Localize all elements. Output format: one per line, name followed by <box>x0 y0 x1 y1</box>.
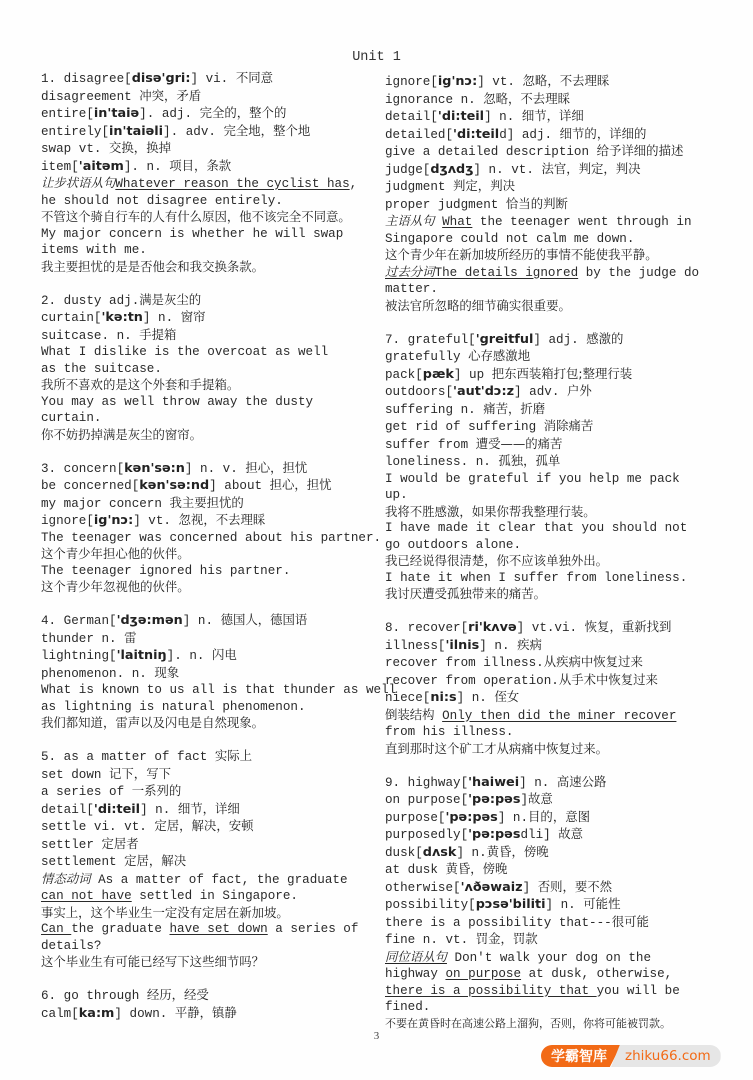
example-translation: 事实上，这个毕业生一定没有定居在新加坡。 <box>41 905 363 922</box>
vocab-line: 2. dusty adj.满是灰尘的 <box>41 292 363 310</box>
vocab-line: phenomenon. n. 现象 <box>41 665 363 683</box>
vocab-line: suffering n. 痛苦，折磨 <box>385 401 705 419</box>
left-column: 1. disagree[disə'gri:] vi. 不同意 disagreem… <box>41 70 363 1022</box>
vocab-line: gratefully 心存感激地 <box>385 348 705 366</box>
entry-6-go-through: 6. go through 经历，经受 calm[ka:m] down. 平静，… <box>41 987 363 1022</box>
vocab-line: settlement 定居，解决 <box>41 853 363 871</box>
spacer <box>385 757 705 774</box>
spacer <box>41 971 363 988</box>
spacer <box>385 314 705 331</box>
vocab-line: settler 定居者 <box>41 836 363 854</box>
example-translation: 这个青少年忽视他的伙伴。 <box>41 579 363 596</box>
example-translation: 不管这个骑自行车的人有什么原因，他不该完全不同意。 <box>41 209 363 226</box>
vocab-line: swap vt. 交换，换掉 <box>41 140 363 158</box>
grammar-tag: 过去分词 <box>385 264 435 279</box>
spacer <box>41 275 363 292</box>
example-sentence: What is known to us all is that thunder … <box>41 682 363 699</box>
spacer <box>41 732 363 749</box>
vocab-line: purposedly['pə:pəsdli] 故意 <box>385 826 705 844</box>
example-translation: 我已经说得很清楚，你不应该单独外出。 <box>385 553 705 570</box>
grammar-tag: 主语从句 <box>385 213 435 228</box>
vocab-line: calm[ka:m] down. 平静，镇静 <box>41 1005 363 1023</box>
vocab-line: set down 记下，写下 <box>41 766 363 784</box>
vocab-line: be concerned[kən'sə:nd] about 担心，担忧 <box>41 477 363 495</box>
vocab-line: 6. go through 经历，经受 <box>41 987 363 1005</box>
vocab-line: entire[in'taiə]. adj. 完全的，整个的 <box>41 105 363 123</box>
example-sentence: The teenager was concerned about his par… <box>41 530 363 547</box>
watermark-badge: 学霸智库 zhiku66.com <box>541 1045 721 1067</box>
right-column: ignore[ig'nɔ:] vt. 忽略，不去理睬 ignorance n. … <box>385 73 705 1032</box>
example-translation: 我主要担忧的是是否他会和我交换条款。 <box>41 259 363 276</box>
vocab-line: 5. as a matter of fact 实际上 <box>41 748 363 766</box>
vocab-line: get rid of suffering 消除痛苦 <box>385 418 705 436</box>
page-number: 3 <box>0 1030 753 1042</box>
vocab-line: at dusk 黄昏，傍晚 <box>385 861 705 879</box>
vocab-line: ignore[ig'nɔ:] vt. 忽视，不去理睬 <box>41 512 363 530</box>
example-sentence: 主语从句 What the teenager went through in S… <box>385 213 705 247</box>
entry-2-dusty: 2. dusty adj.满是灰尘的 curtain['kə:tn] n. 窗帘… <box>41 292 363 444</box>
vocab-line: pack[pæk] up 把东西装箱打包;整理行装 <box>385 366 705 384</box>
example-translation: 这个青少年担心他的伙伴。 <box>41 546 363 563</box>
vocab-line: recover from illness.从疾病中恢复过来 <box>385 654 705 672</box>
example-sentence: You may as well throw away the dusty <box>41 394 363 411</box>
grammar-tag: 让步状语从句 <box>41 175 115 190</box>
vocab-line: judge[dʒʌdʒ] n. vt. 法官，判定，判决 <box>385 161 705 179</box>
vocab-line: 1. disagree[disə'gri:] vi. 不同意 <box>41 70 363 88</box>
example-sentence: The teenager ignored his partner. <box>41 563 363 580</box>
document-page: Unit 1 1. disagree[disə'gri:] vi. 不同意 di… <box>0 0 753 1080</box>
example-sentence: as the suitcase. <box>41 361 363 378</box>
vocab-line: entirely[in'taiəli]. adv. 完全地，整个地 <box>41 123 363 141</box>
example-translation: 这个毕业生有可能已经写下这些细节吗？ <box>41 954 363 971</box>
vocab-line: give a detailed description 给予详细的描述 <box>385 143 705 161</box>
entry-4-german: 4. German['dʒə:mən] n. 德国人，德国语 thunder n… <box>41 612 363 732</box>
vocab-line: fine n. vt. 罚金，罚款 <box>385 931 705 949</box>
example-translation: 直到那时这个矿工才从病痛中恢复过来。 <box>385 741 705 758</box>
vocab-line: 7. grateful['greitful] adj. 感激的 <box>385 331 705 349</box>
vocab-line: niece[ni:s] n. 侄女 <box>385 689 705 707</box>
spacer <box>41 443 363 460</box>
watermark-domain: zhiku66.com <box>611 1045 721 1067</box>
entry-8-recover: 8. recover[ri'kʌvə] vt.vi. 恢复，重新找到 illne… <box>385 619 705 757</box>
vocab-line: detail['di:teil] n. 细节，详细 <box>385 108 705 126</box>
example-sentence: as lightning is natural phenomenon. <box>41 699 363 716</box>
example-sentence: What I dislike is the overcoat as well <box>41 344 363 361</box>
entry-5-matter-of-fact: 5. as a matter of fact 实际上 set down 记下，写… <box>41 748 363 971</box>
vocab-line: thunder n. 雷 <box>41 630 363 648</box>
vocab-line: illness['ilnis] n. 疾病 <box>385 637 705 655</box>
vocab-line: settle vi. vt. 定居，解决，安顿 <box>41 818 363 836</box>
entry-9-highway: 9. highway['haiwei] n. 高速公路 on purpose['… <box>385 774 705 1033</box>
vocab-line: recover from operation.从手术中恢复过来 <box>385 672 705 690</box>
vocab-line: lightning['laitniŋ]. n. 闪电 <box>41 647 363 665</box>
vocab-line: 8. recover[ri'kʌvə] vt.vi. 恢复，重新找到 <box>385 619 705 637</box>
grammar-tag: 倒装结构 <box>385 707 435 722</box>
example-sentence: 让步状语从句Whatever reason the cyclist has, h… <box>41 175 363 209</box>
vocab-line: 3. concern[kən'sə:n] n. v. 担心，担忧 <box>41 460 363 478</box>
vocab-line: outdoors['aut'dɔ:z] adv. 户外 <box>385 383 705 401</box>
vocab-line: curtain['kə:tn] n. 窗帘 <box>41 309 363 327</box>
spacer <box>41 596 363 613</box>
example-sentence: I have made it clear that you should not… <box>385 520 705 553</box>
vocab-line: ignore[ig'nɔ:] vt. 忽略，不去理睬 <box>385 73 705 91</box>
vocab-line: ignorance n. 忽略，不去理睬 <box>385 91 705 109</box>
vocab-line: purpose['pə:pəs] n.目的，意图 <box>385 809 705 827</box>
vocab-line: detailed['di:teild] adj. 细节的，详细的 <box>385 126 705 144</box>
example-translation: 我将不胜感激，如果你帮我整理行装。 <box>385 504 705 521</box>
example-sentence: 情态动词 As a matter of fact, the graduate c… <box>41 871 363 905</box>
example-translation: 你不妨扔掉满是灰尘的窗帘。 <box>41 427 363 444</box>
entry-6-continued: ignore[ig'nɔ:] vt. 忽略，不去理睬 ignorance n. … <box>385 73 705 314</box>
example-sentence: 倒装结构 Only then did the miner recover fro… <box>385 707 705 741</box>
example-sentence: 同位语从句 Don't walk your dog on the highway… <box>385 949 705 1016</box>
vocab-line: my major concern 我主要担忧的 <box>41 495 363 513</box>
example-sentence: 过去分词The details ignored by the judge do … <box>385 264 705 298</box>
watermark-brand: 学霸智库 <box>541 1045 621 1067</box>
example-sentence: My major concern is whether he will swap… <box>41 226 363 259</box>
example-translation: 被法官所忽略的细节确实很重要。 <box>385 298 705 315</box>
example-translation: 我所不喜欢的是这个外套和手提箱。 <box>41 377 363 394</box>
vocab-line: suffer from 遭受——的痛苦 <box>385 436 705 454</box>
entry-7-grateful: 7. grateful['greitful] adj. 感激的 grateful… <box>385 331 705 603</box>
vocab-line: judgment 判定，判决 <box>385 178 705 196</box>
entry-1-disagree: 1. disagree[disə'gri:] vi. 不同意 disagreem… <box>41 70 363 275</box>
example-sentence: I hate it when I suffer from loneliness. <box>385 570 705 587</box>
example-sentence: Can the graduate have set down a series … <box>41 921 363 954</box>
vocab-line: 9. highway['haiwei] n. 高速公路 <box>385 774 705 792</box>
example-translation: 我们都知道，雷声以及闪电是自然现象。 <box>41 715 363 732</box>
vocab-line: on purpose['pə:pəs]故意 <box>385 791 705 809</box>
vocab-line: proper judgment 恰当的判断 <box>385 196 705 214</box>
example-translation: 我讨厌遭受孤独带来的痛苦。 <box>385 586 705 603</box>
page-title: Unit 1 <box>0 50 753 65</box>
vocab-line: detail['di:teil] n. 细节，详细 <box>41 801 363 819</box>
vocab-line: possibility[pɔsə'biliti] n. 可能性 <box>385 896 705 914</box>
example-sentence: I would be grateful if you help me pack … <box>385 471 705 504</box>
grammar-tag: 情态动词 <box>41 871 91 886</box>
vocab-line: dusk[dʌsk] n.黄昏，傍晚 <box>385 844 705 862</box>
example-translation: 这个青少年在新加坡所经历的事情不能使我平静。 <box>385 247 705 264</box>
vocab-line: item['aitəm]. n. 项目，条款 <box>41 158 363 176</box>
vocab-line: disagreement 冲突，矛盾 <box>41 88 363 106</box>
entry-3-concern: 3. concern[kən'sə:n] n. v. 担心，担忧 be conc… <box>41 460 363 596</box>
grammar-tag: 同位语从句 <box>385 949 447 964</box>
vocab-line: loneliness. n. 孤独，孤单 <box>385 453 705 471</box>
vocab-line: otherwise['ʌðəwaiz] 否则，要不然 <box>385 879 705 897</box>
vocab-line: there is a possibility that---很可能 <box>385 914 705 932</box>
spacer <box>385 603 705 620</box>
vocab-line: a series of 一系列的 <box>41 783 363 801</box>
vocab-line: 4. German['dʒə:mən] n. 德国人，德国语 <box>41 612 363 630</box>
example-sentence: curtain. <box>41 410 363 427</box>
vocab-line: suitcase. n. 手提箱 <box>41 327 363 345</box>
